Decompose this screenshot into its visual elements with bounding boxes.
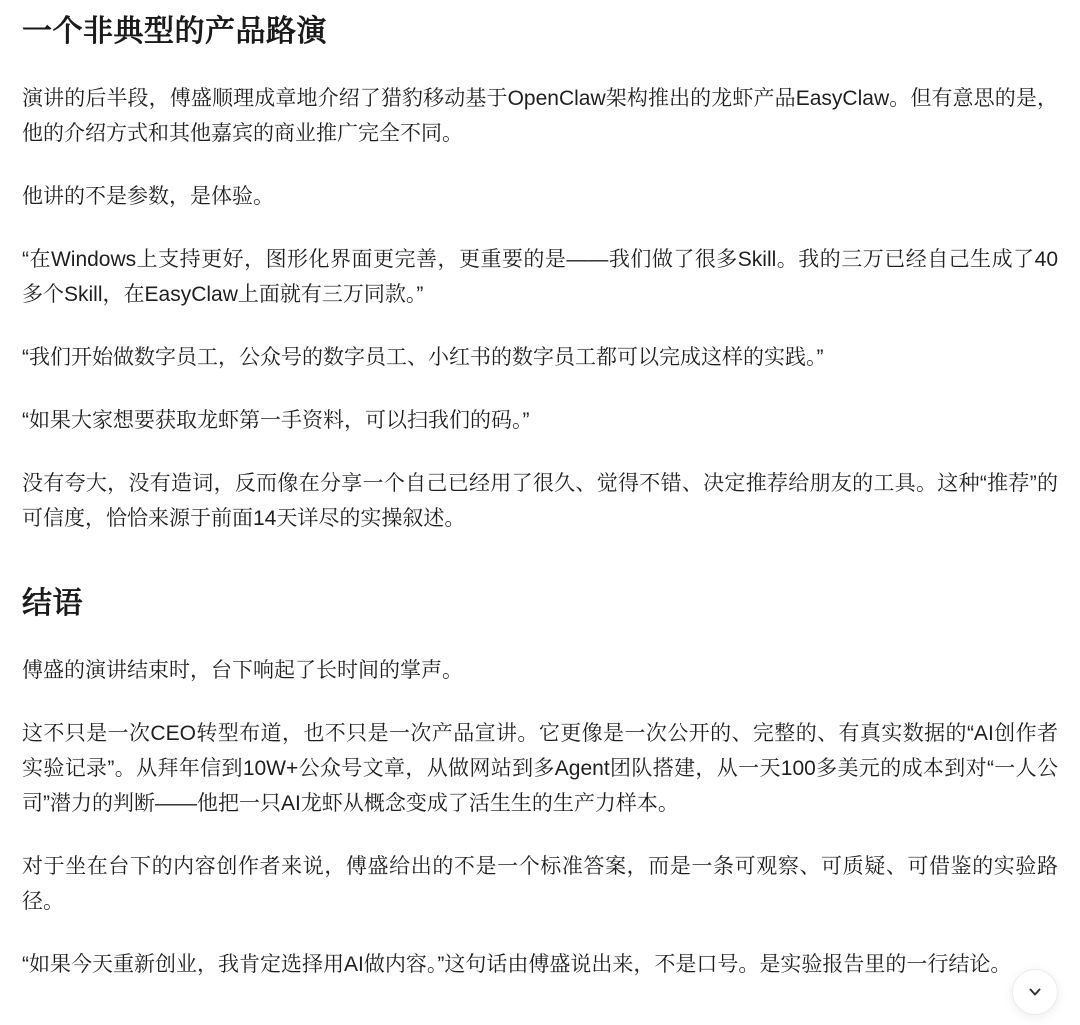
paragraph-conclusion-4: “如果今天重新创业，我肯定选择用AI做内容。”这句话由傅盛说出来，不是口号。是实… (22, 947, 1058, 982)
paragraph-roadshow-quote-1: “在Windows上支持更好，图形化界面更完善，更重要的是——我们做了很多Ski… (22, 242, 1058, 312)
paragraph-roadshow-quote-3: “如果大家想要获取龙虾第一手资料，可以扫我们的码。” (22, 403, 1058, 438)
scroll-down-button[interactable] (1012, 969, 1058, 1015)
paragraph-roadshow-3: 没有夸大，没有造词，反而像在分享一个自己已经用了很久、觉得不错、决定推荐给朋友的… (22, 466, 1058, 536)
paragraph-roadshow-2: 他讲的不是参数，是体验。 (22, 179, 1058, 214)
paragraph-roadshow-quote-2: “我们开始做数字员工，公众号的数字员工、小红书的数字员工都可以完成这样的实践。” (22, 340, 1058, 375)
paragraph-roadshow-1: 演讲的后半段，傅盛顺理成章地介绍了猎豹移动基于OpenClaw架构推出的龙虾产品… (22, 81, 1058, 151)
paragraph-conclusion-3: 对于坐在台下的内容创作者来说，傅盛给出的不是一个标准答案，而是一条可观察、可质疑… (22, 849, 1058, 919)
article-content: 一个非典型的产品路演 演讲的后半段，傅盛顺理成章地介绍了猎豹移动基于OpenCl… (0, 0, 1080, 982)
section-heading-roadshow: 一个非典型的产品路演 (22, 12, 1058, 51)
section-heading-conclusion: 结语 (22, 584, 1058, 623)
chevron-down-icon (1026, 983, 1044, 1001)
paragraph-conclusion-1: 傅盛的演讲结束时，台下响起了长时间的掌声。 (22, 653, 1058, 688)
paragraph-conclusion-2: 这不只是一次CEO转型布道，也不只是一次产品宣讲。它更像是一次公开的、完整的、有… (22, 716, 1058, 821)
